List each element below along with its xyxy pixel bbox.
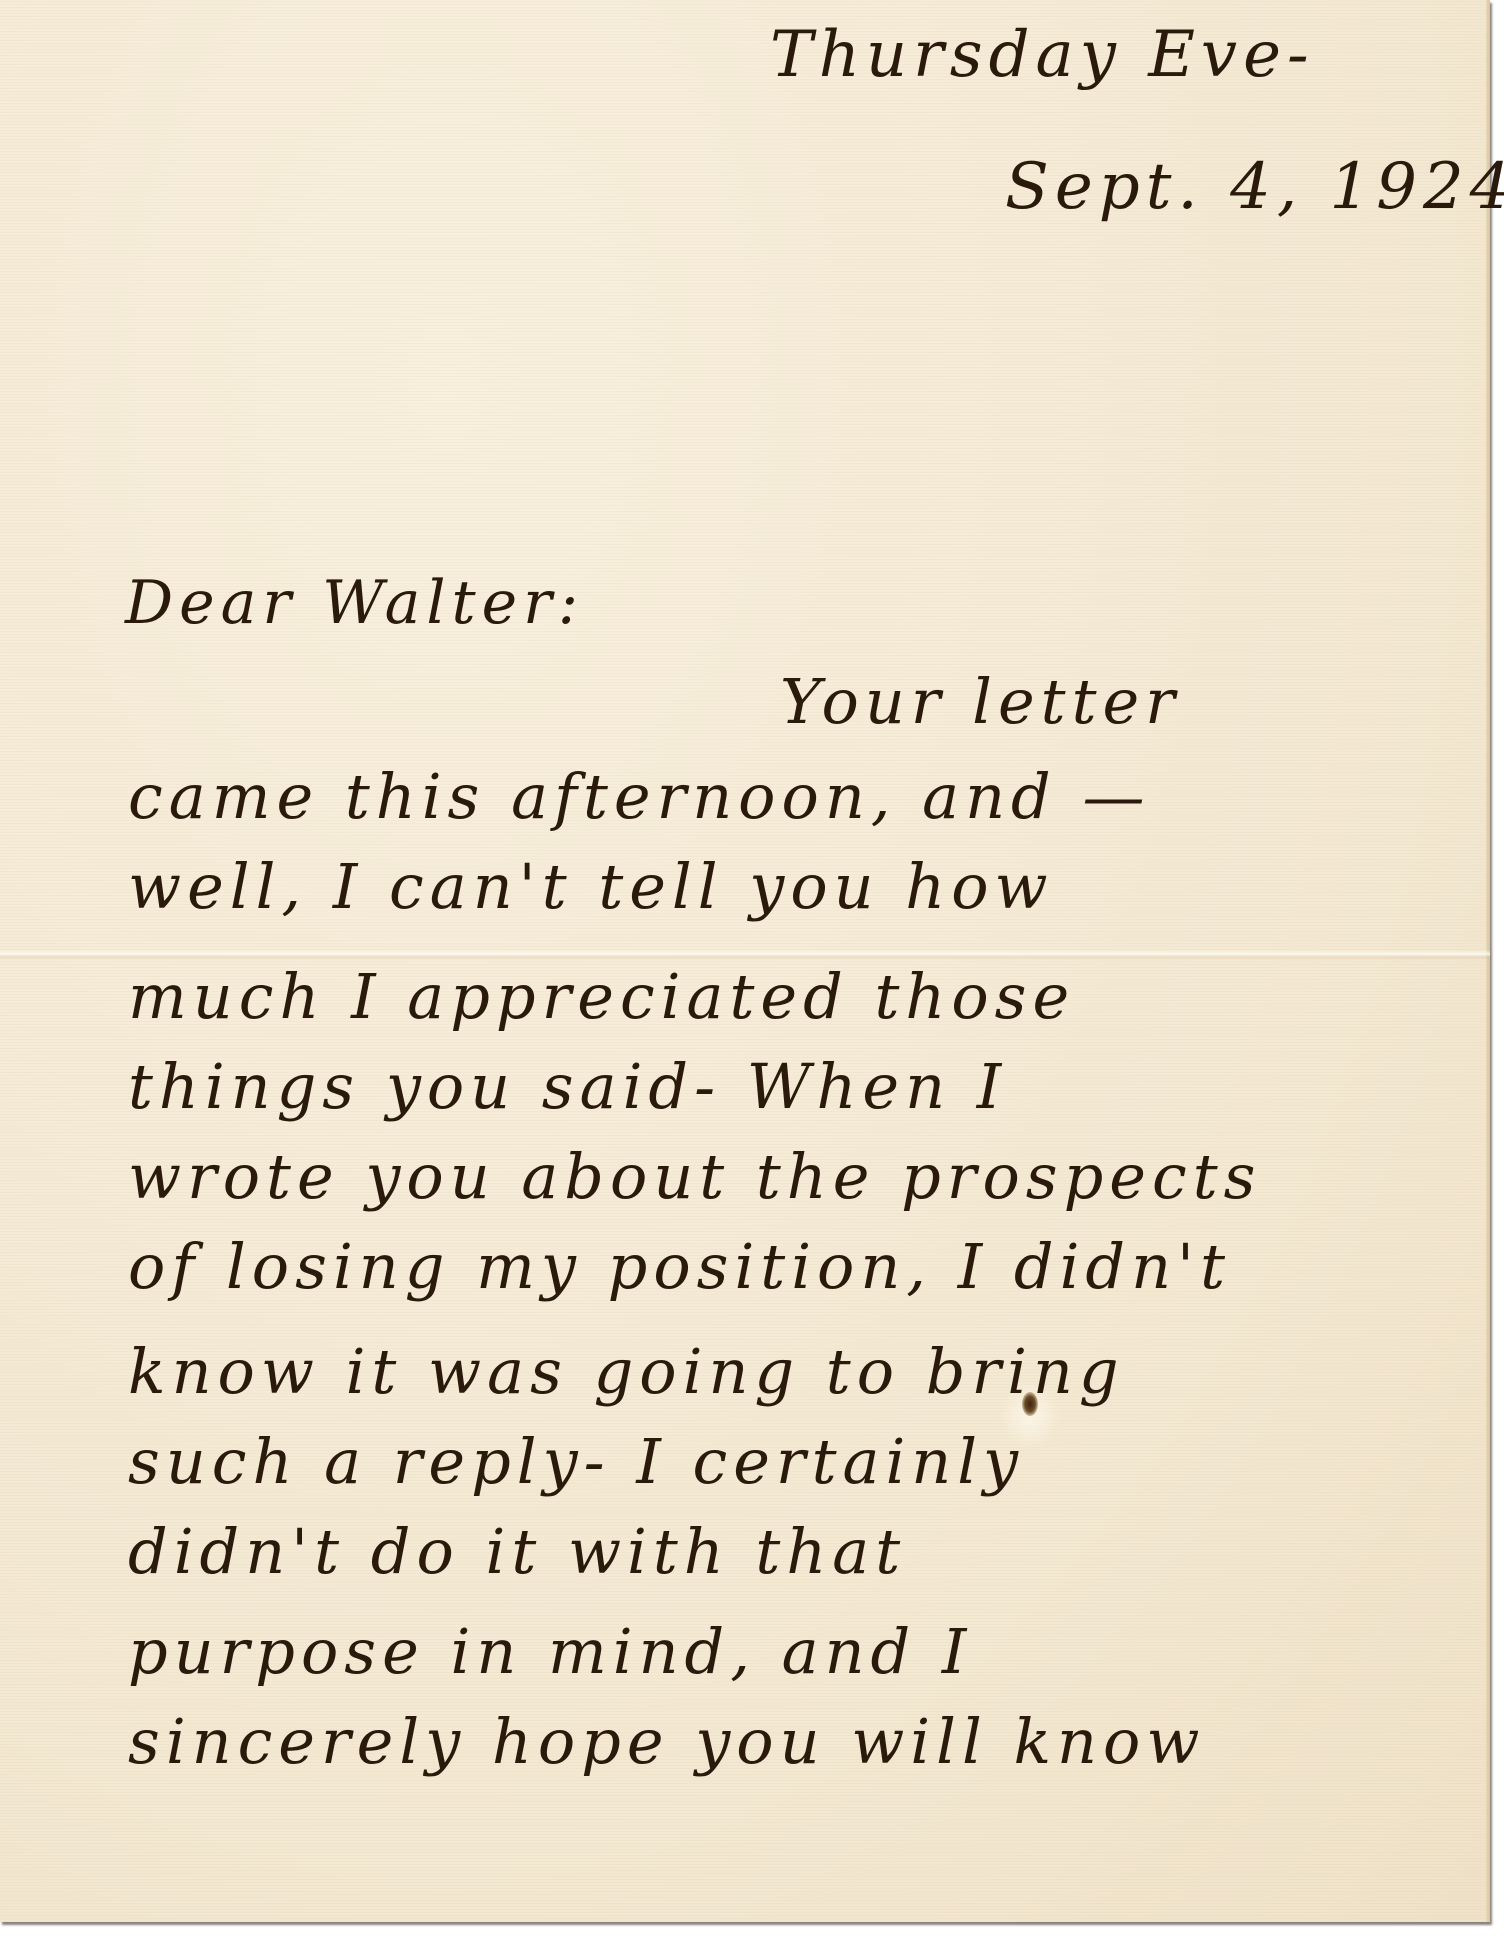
body-line: came this afternoon, and —: [128, 760, 1150, 833]
body-line: Your letter: [780, 665, 1181, 738]
fold-crease: [0, 950, 1490, 960]
body-line: wrote you about the prospects: [128, 1140, 1261, 1213]
body-line: things you said- When I: [128, 1050, 1007, 1123]
body-line: such a reply- I certainly: [128, 1425, 1024, 1498]
body-line: much I appreciated those: [128, 960, 1075, 1033]
letter-page: Thursday Eve- Sept. 4, 1924. Dear Walter…: [0, 0, 1490, 1922]
body-line: purpose in mind, and I: [128, 1615, 972, 1688]
letter-heading-date: Sept. 4, 1924.: [1005, 150, 1504, 224]
letter-heading-day: Thursday Eve-: [770, 18, 1315, 92]
body-line: sincerely hope you will know: [128, 1705, 1205, 1778]
body-line: know it was going to bring: [128, 1335, 1125, 1408]
body-line: well, I can't tell you how: [128, 850, 1054, 923]
body-line: of losing my position, I didn't: [128, 1230, 1231, 1303]
body-line: didn't do it with that: [128, 1515, 906, 1588]
letter-salutation: Dear Walter:: [125, 568, 584, 638]
paper-edge: [1486, 0, 1490, 1922]
